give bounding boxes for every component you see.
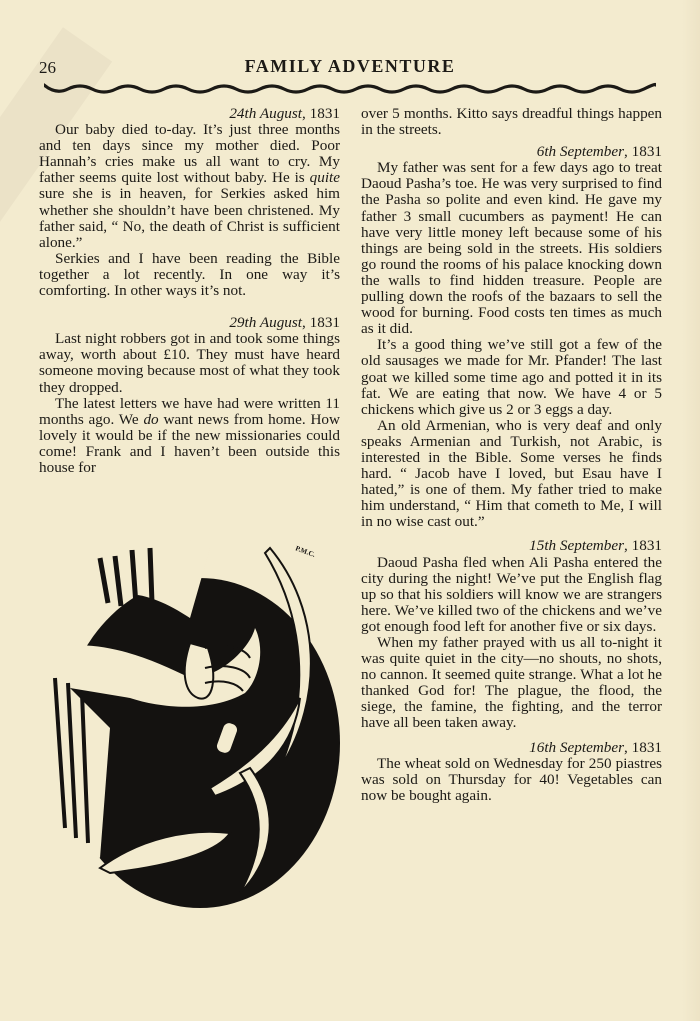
book-page: 26 FAMILY ADVENTURE 24th August, 1831 Ou… xyxy=(0,0,700,1021)
paragraph: Serkies and I have been reading the Bibl… xyxy=(39,251,340,299)
left-column: 24th August, 1831 Our baby died to-day. … xyxy=(39,106,340,476)
running-head: 26 FAMILY ADVENTURE xyxy=(39,56,661,80)
paragraph: It’s a good thing we’ve still got a few … xyxy=(361,337,662,417)
paragraph: Our baby died to-day. It’s just three mo… xyxy=(39,122,340,251)
entry-date: 24th August, 1831 xyxy=(39,106,340,122)
ink-illustration: P.M.C. xyxy=(40,528,340,908)
right-column: over 5 months. Kitto says dreadful thing… xyxy=(361,106,662,804)
entry-date: 29th August, 1831 xyxy=(39,315,340,331)
entry-date: 6th September, 1831 xyxy=(361,144,662,160)
running-title: FAMILY ADVENTURE xyxy=(39,56,661,77)
entry-date: 15th September, 1831 xyxy=(361,538,662,554)
entry-date: 16th September, 1831 xyxy=(361,740,662,756)
paragraph: When my father prayed with us all to-nig… xyxy=(361,635,662,732)
paragraph: Daoud Pasha fled when Ali Pasha entered … xyxy=(361,555,662,635)
paragraph: My father was sent for a few days ago to… xyxy=(361,160,662,337)
artist-signature: P.M.C. xyxy=(294,544,316,559)
paragraph: Last night robbers got in and took some … xyxy=(39,331,340,395)
paragraph: An old Armenian, who is very deaf and on… xyxy=(361,418,662,531)
paragraph: over 5 months. Kitto says dreadful thing… xyxy=(361,106,662,138)
paragraph: The latest letters we have had were writ… xyxy=(39,396,340,476)
wave-rule-divider xyxy=(44,81,656,95)
paragraph: The wheat sold on Wednesday for 250 pias… xyxy=(361,756,662,804)
